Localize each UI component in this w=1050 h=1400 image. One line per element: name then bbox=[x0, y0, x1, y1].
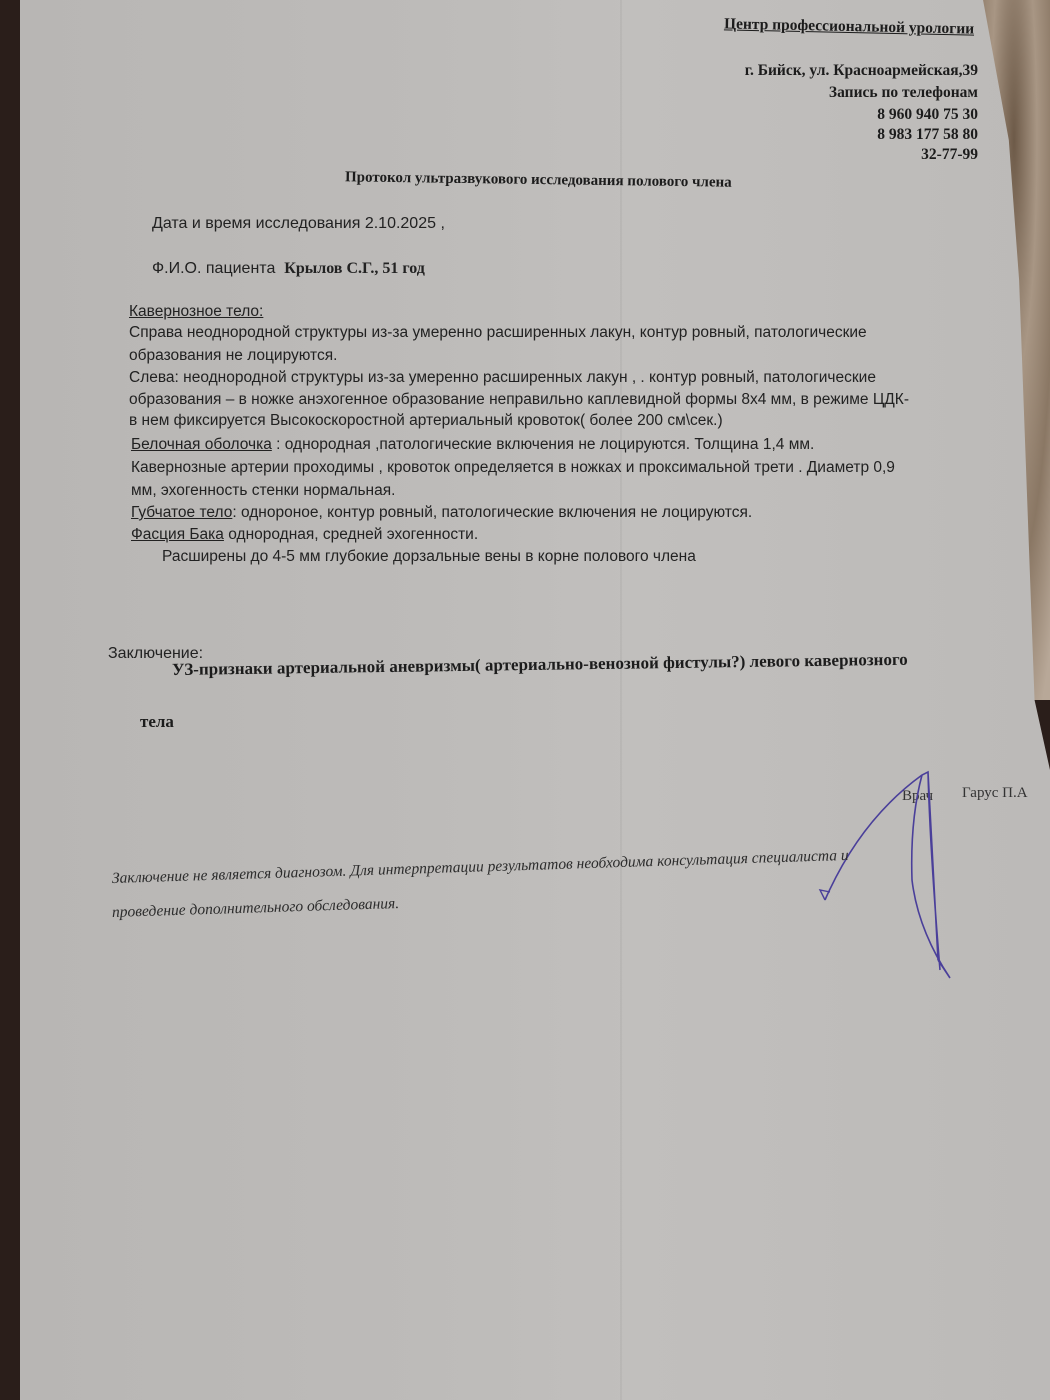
veins-text: Расширены до 4-5 мм глубокие дорзальные … bbox=[162, 548, 696, 566]
handwritten-signature-icon bbox=[800, 760, 980, 990]
left-line-3: в нем фиксируется Высокоскоростной артер… bbox=[129, 412, 723, 430]
exam-date: Дата и время исследования 2.10.2025 , bbox=[152, 215, 445, 233]
clinic-address: г. Бийск, ул. Красноармейская,39 bbox=[745, 62, 978, 80]
right-line-1: Справа неоднородной структуры из-за умер… bbox=[129, 324, 867, 342]
paper-fold bbox=[620, 0, 622, 1400]
cavernous-heading: Кавернозное тело: bbox=[129, 303, 263, 321]
phone-2: 8 983 177 58 80 bbox=[877, 126, 978, 144]
fascia-row: Фасция Бака однородная, средней эхогенно… bbox=[131, 526, 478, 544]
patient-row: Ф.И.О. пациента Крылов С.Г., 51 год bbox=[152, 260, 425, 278]
right-line-2: образования не лоцируются. bbox=[129, 347, 337, 365]
patient-label: Ф.И.О. пациента bbox=[152, 260, 275, 277]
phone-1: 8 960 940 75 30 bbox=[877, 106, 978, 124]
arteries-line-2: мм, эхогенность стенки нормальная. bbox=[131, 482, 395, 500]
phone-3: 32-77-99 bbox=[921, 146, 978, 164]
spongy-heading: Губчатое тело bbox=[131, 504, 232, 521]
tunica-text: : однородная ,патологические включения н… bbox=[272, 436, 815, 453]
tunica-heading: Белочная оболочка bbox=[131, 436, 272, 453]
document-page bbox=[20, 0, 1050, 1400]
tunica-row: Белочная оболочка : однородная ,патологи… bbox=[131, 436, 814, 454]
arteries-line-1: Кавернозные артерии проходимы , кровоток… bbox=[131, 459, 895, 477]
spongy-row: Губчатое тело: однороное, контур ровный,… bbox=[131, 504, 752, 522]
conclusion-line-2: тела bbox=[140, 712, 174, 732]
left-line-1: Слева: неоднородной структуры из-за умер… bbox=[129, 369, 876, 387]
appointment-label: Запись по телефонам bbox=[829, 84, 978, 102]
patient-name: Крылов С.Г., 51 год bbox=[284, 260, 425, 277]
fascia-heading: Фасция Бака bbox=[131, 526, 224, 543]
spongy-text: : однороное, контур ровный, патологическ… bbox=[232, 504, 752, 521]
left-line-2: образования – в ножке анэхогенное образо… bbox=[129, 391, 909, 409]
fascia-text: однородная, средней эхогенности. bbox=[224, 526, 478, 543]
